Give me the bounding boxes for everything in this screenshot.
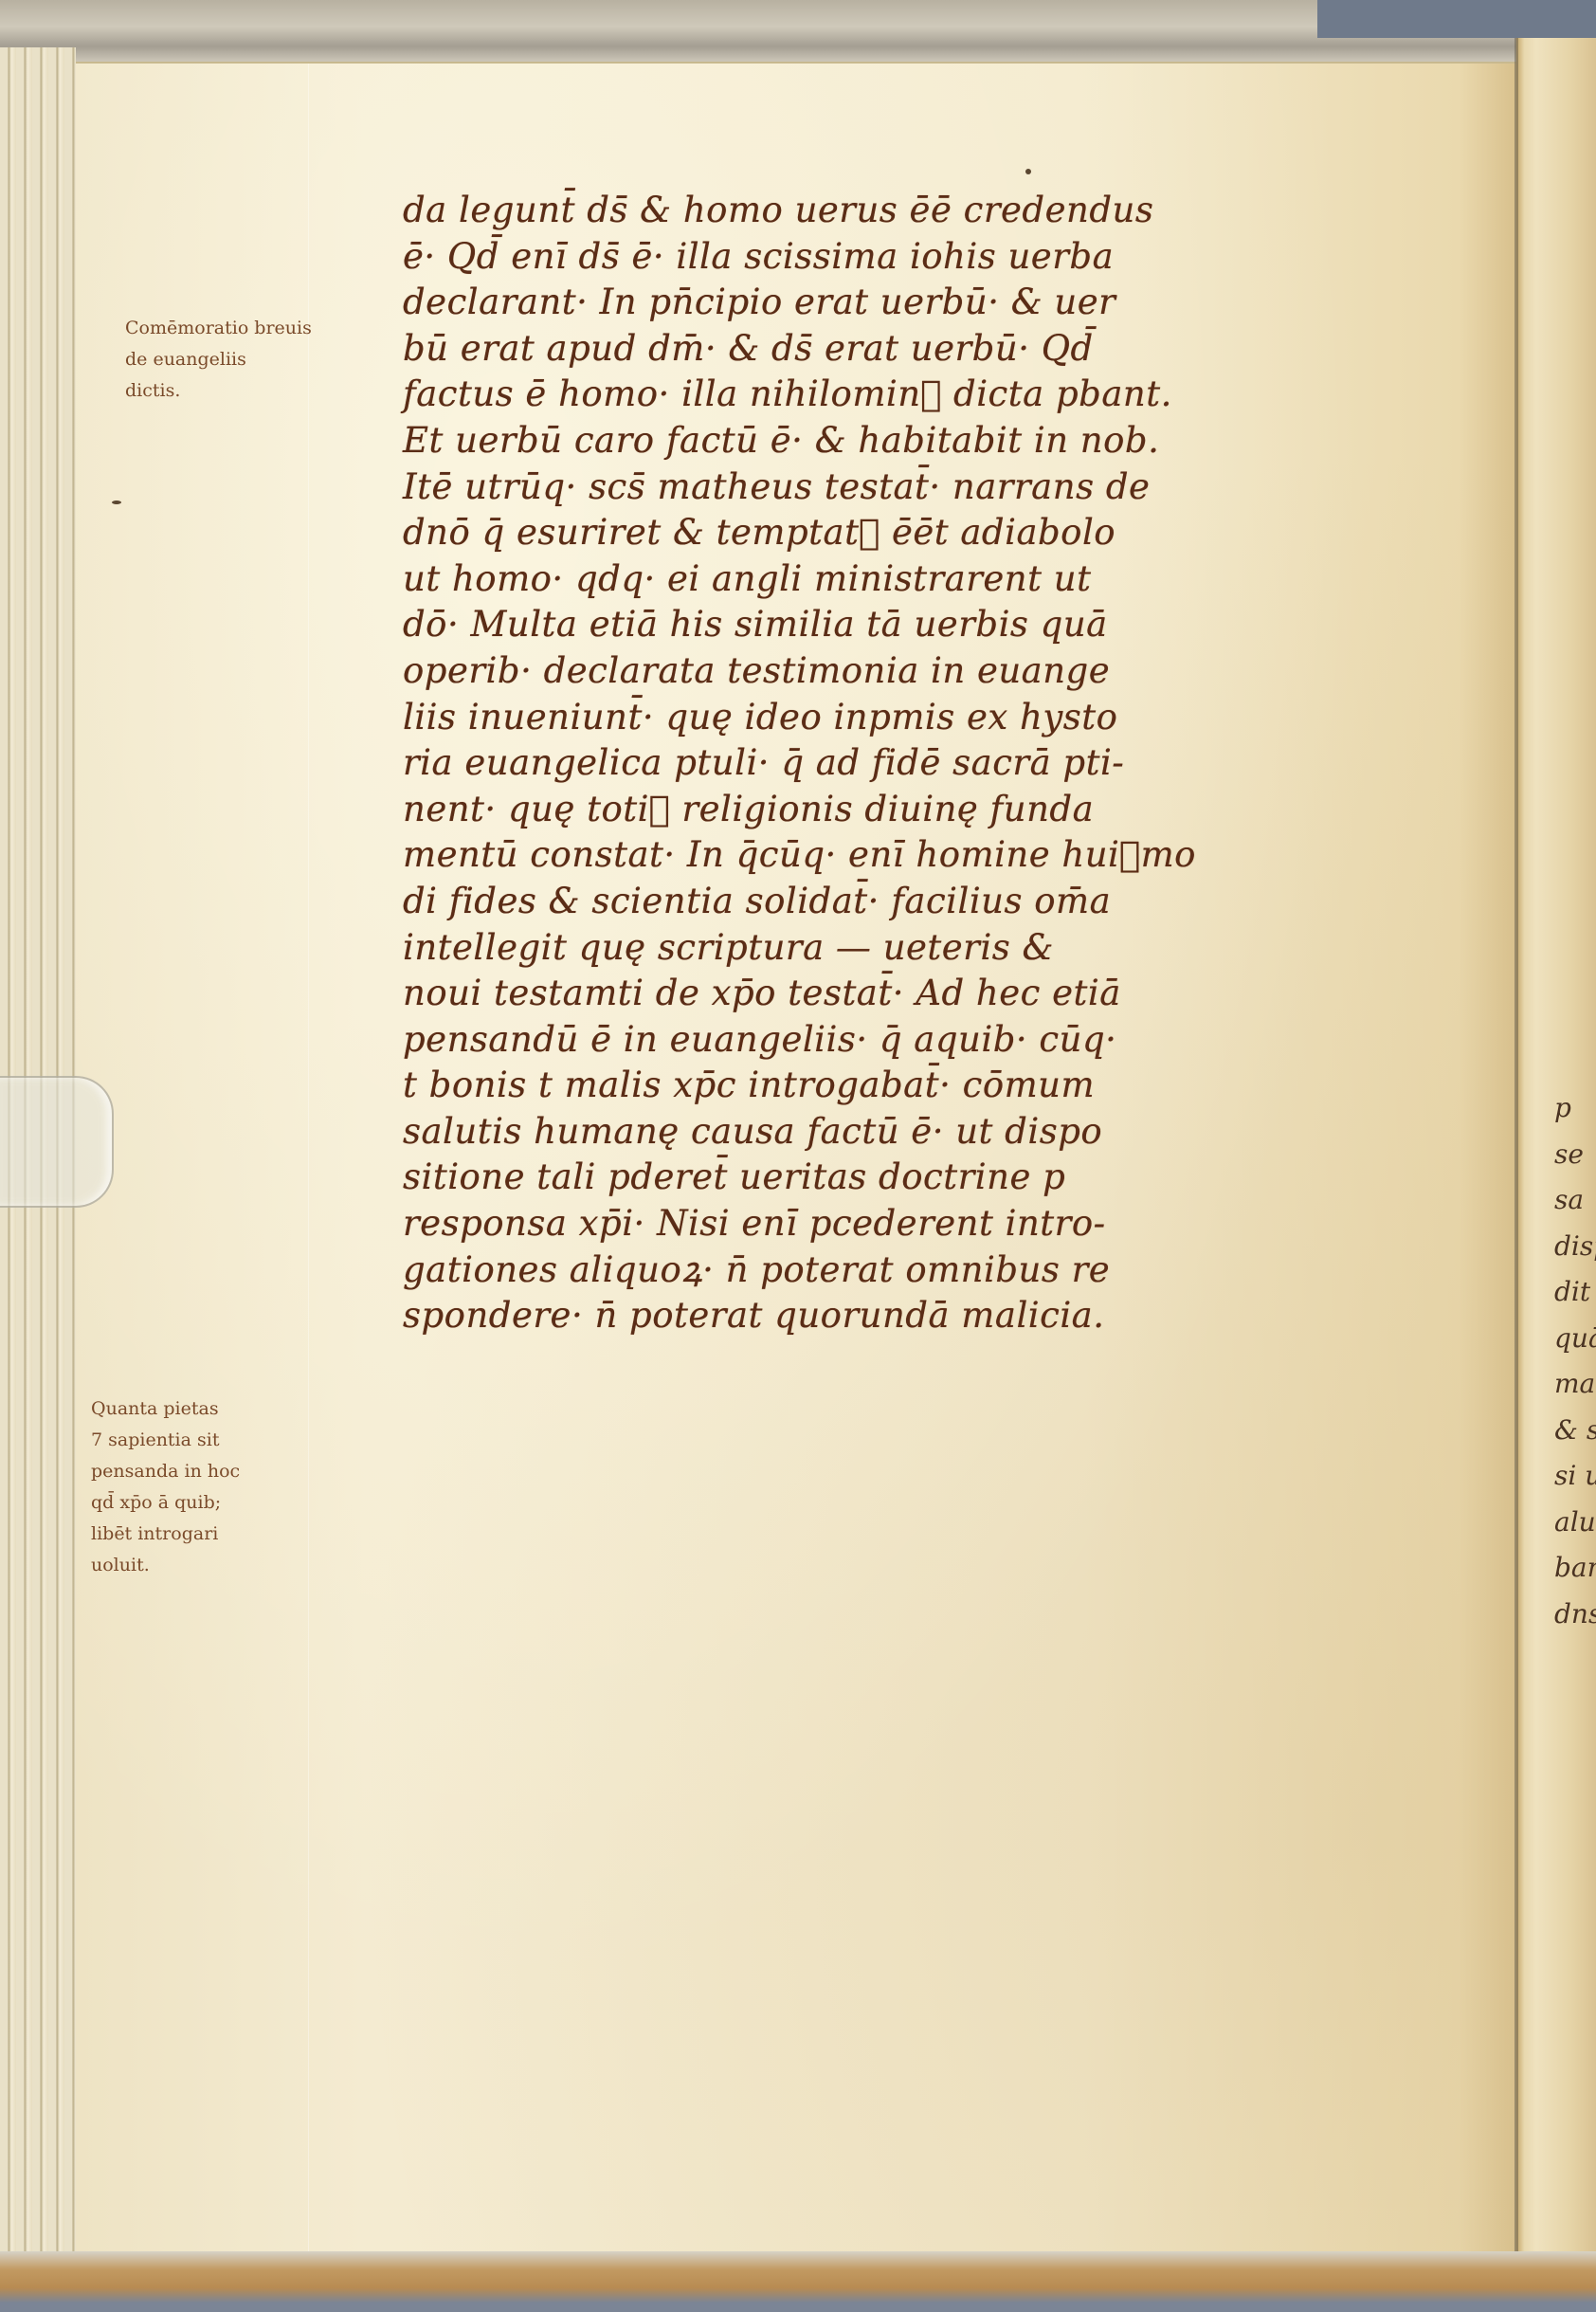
- facing-line: dns n: [1554, 1592, 1596, 1638]
- facing-line: quā: [1554, 1316, 1596, 1362]
- background-backdrop: [1317, 0, 1596, 38]
- facing-line: dit: [1554, 1269, 1596, 1316]
- ink-speck: [1025, 169, 1031, 174]
- binding-bottom-edge: [0, 2251, 1596, 2312]
- facing-line: disp: [1554, 1224, 1596, 1270]
- text-line: ē· Qd̄ enī ds̄ ē· illa scissima iohis ue…: [403, 234, 1493, 281]
- marginal-gloss-bottom: Quanta pietas 7 sapientia sit pensanda i…: [91, 1393, 240, 1581]
- gloss-line: libēt introgari: [91, 1519, 240, 1550]
- gloss-line: dictis.: [125, 375, 312, 407]
- text-line: operib· declarata testimonia in euange: [403, 648, 1493, 695]
- text-line: salutis humanę causa factū ē· ut dispo: [403, 1109, 1493, 1156]
- facing-line: se: [1554, 1132, 1596, 1178]
- text-line: pensandū ē in euangeliis· q̄ aquib· cūq·: [403, 1017, 1493, 1064]
- facing-line: sa: [1554, 1177, 1596, 1224]
- text-line: Itē utrūq· scs̄ matheus testat̄· narrans…: [403, 464, 1493, 511]
- gloss-line: pensanda in hoc: [91, 1456, 240, 1487]
- text-line: nent· quę totiᷣ religionis diuinę funda: [403, 787, 1493, 833]
- text-line: mentū constat· In q̄cūq· enī homine huiᷣ…: [403, 832, 1493, 879]
- text-line: ria euangelica ptuli· q̄ ad fidē sacrā p…: [403, 740, 1493, 787]
- facing-page-text: p se sa disp dit quā mag & se si uo alus…: [1554, 1085, 1596, 1637]
- page-clip: [0, 1076, 114, 1208]
- facing-line: mag: [1554, 1361, 1596, 1408]
- text-line: responsa xp̄i· Nisi enī pcederent intro-: [403, 1201, 1493, 1247]
- facing-line: bant.: [1554, 1545, 1596, 1592]
- ink-speck: [112, 501, 121, 504]
- text-line: factus ē homo· illa nihilominᷣ dicta pba…: [403, 372, 1493, 418]
- text-line: liis inueniunt̄· quę ideo inpmis ex hyst…: [403, 695, 1493, 741]
- facing-line: & se: [1554, 1408, 1596, 1454]
- gloss-line: Comēmoratio breuis: [125, 313, 312, 344]
- gloss-line: uoluit.: [91, 1550, 240, 1581]
- text-line: intellegit quę scriptura — ueteris &: [403, 925, 1493, 972]
- text-line: noui testamti de xp̄o testat̄· Ad hec et…: [403, 971, 1493, 1017]
- text-line: di fides & scientia solidat̄· facilius o…: [403, 879, 1493, 925]
- text-line: dnō q̄ esuriret & temptatᷣ ēēt adiabolo: [403, 510, 1493, 556]
- gutter-crease: [1514, 38, 1518, 2256]
- gloss-line: qd̄ xp̄o ā quib;: [91, 1487, 240, 1519]
- main-text-block: da legunt̄ ds̄ & homo uerus ēē credendus…: [403, 188, 1493, 1339]
- text-line: t bonis t malis xp̄c introgabat̄· cōmum: [403, 1063, 1493, 1109]
- marginal-gloss-top: Comēmoratio breuis de euangeliis dictis.: [125, 313, 312, 407]
- text-line: da legunt̄ ds̄ & homo uerus ēē credendus: [403, 188, 1493, 234]
- gloss-line: Quanta pietas: [91, 1393, 240, 1425]
- text-line: Et uerbū caro factū ē· & habitabit in no…: [403, 418, 1493, 464]
- text-line: sitione tali pderet̄ ueritas doctrine p: [403, 1155, 1493, 1201]
- gloss-line: 7 sapientia sit: [91, 1425, 240, 1456]
- text-line: gationes aliquoꝝ· n̄ poterat omnibus re: [403, 1247, 1493, 1294]
- text-line: dō· Multa etiā his similia tā uerbis quā: [403, 602, 1493, 648]
- text-line: bū erat apud dm̄· & ds̄ erat uerbū· Qd̄: [403, 326, 1493, 373]
- facing-line: alus: [1554, 1500, 1596, 1546]
- text-line: declarant· In pn̄cipio erat uerbū· & uer: [403, 280, 1493, 326]
- gloss-line: de euangeliis: [125, 344, 312, 375]
- facing-line: si uo: [1554, 1453, 1596, 1500]
- facing-line: p: [1554, 1085, 1596, 1132]
- text-line: spondere· n̄ poterat quorundā malicia.: [403, 1293, 1493, 1339]
- text-line: ut homo· qdq· ei angli ministrarent ut: [403, 556, 1493, 603]
